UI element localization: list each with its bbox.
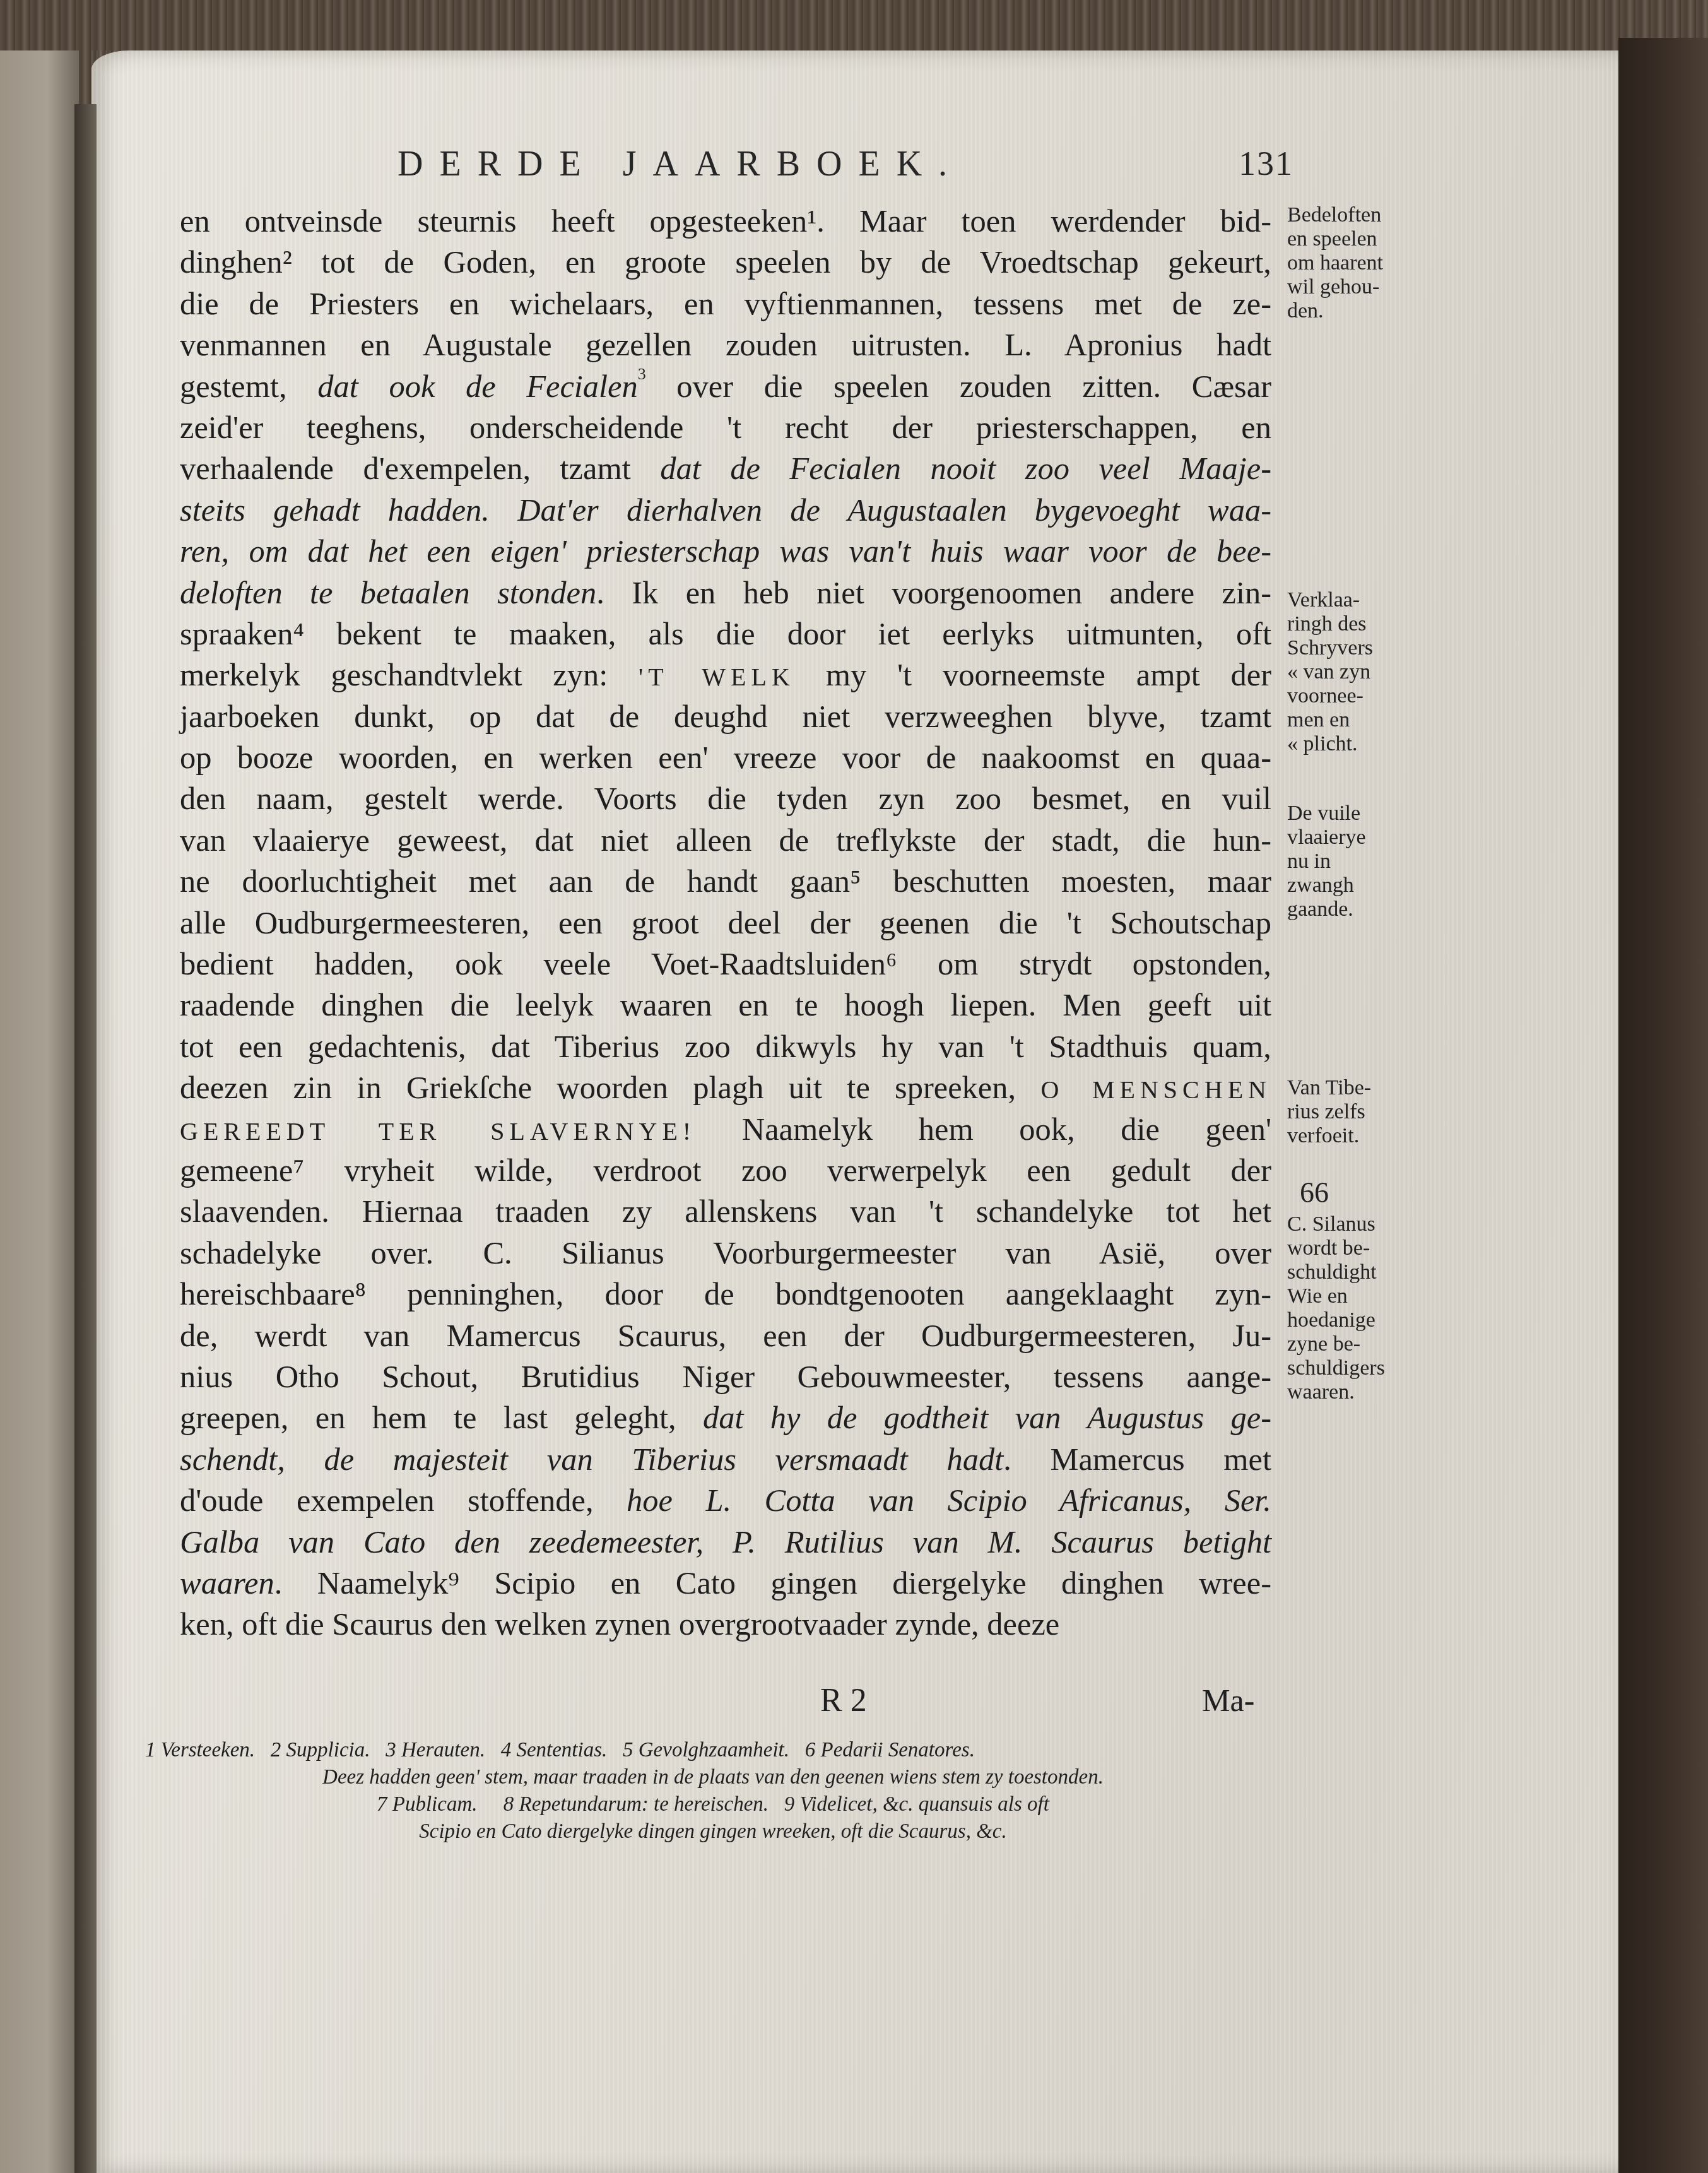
footnote-line: Deez hadden geen' stem, maar traaden in …	[145, 1764, 1281, 1791]
footnote-line: Scipio en Cato diergelyke dingen gingen …	[145, 1818, 1281, 1845]
marginal-line: en speelen	[1287, 227, 1439, 251]
text-line: verhaalende d'exempelen, tzamt dat de Fe…	[180, 448, 1271, 489]
marginal-line: schuldigers	[1287, 1356, 1439, 1380]
text: . Mamercus met	[1003, 1442, 1271, 1477]
marginal-line: zyne be-	[1287, 1332, 1439, 1356]
italic-text: dat hy de godtheit van Augustus ge-	[703, 1400, 1271, 1435]
text-line: en ontveinsde steurnis heeft opgesteeken…	[180, 201, 1271, 242]
text: ken, oft die Scaurus den welken zynen ov…	[180, 1606, 1059, 1642]
marginal-line: den.	[1287, 299, 1439, 323]
text-line: tot een gedachtenis, dat Tiberius zoo di…	[180, 1026, 1271, 1067]
marginal-line: om haarent	[1287, 251, 1439, 275]
text: deezen zin in Griekſche woorden plagh ui…	[180, 1070, 1040, 1105]
text: schadelyke over. C. Silianus Voorburgerm…	[180, 1235, 1271, 1270]
marginal-line: men en	[1287, 708, 1439, 732]
text: gemeene⁷ vryheit wilde, verdroot zoo ver…	[180, 1152, 1271, 1188]
marginal-note: Bedeloftenen speelenom haarentwil gehou-…	[1287, 203, 1439, 323]
text-line: slaavenden. Hiernaa traaden zy allensken…	[180, 1191, 1271, 1232]
text-line: schadelyke over. C. Silianus Voorburgerm…	[180, 1233, 1271, 1274]
text-line: nius Otho Schout, Brutidius Niger Gebouw…	[180, 1356, 1271, 1397]
page-number: 131	[1239, 144, 1293, 183]
running-head: DERDE JAARBOEK. 131	[398, 144, 1293, 188]
text-line: gemeene⁷ vryheit wilde, verdroot zoo ver…	[180, 1150, 1271, 1191]
text: hereischbaare⁸ penninghen, door de bondt…	[180, 1276, 1271, 1311]
text-line: den naam, gestelt werde. Voorts die tyde…	[180, 778, 1271, 819]
marginal-note: Van Tibe-rius zelfsverfoeit.	[1287, 1076, 1439, 1148]
text-line: van vlaaierye geweest, dat niet alleen d…	[180, 820, 1271, 861]
text: . Naamelyk⁹ Scipio en Cato gingen dierge…	[274, 1565, 1271, 1601]
text: alle Oudburgermeesteren, een groot deel …	[180, 905, 1271, 940]
text: de, werdt van Mamercus Scaurus, een der …	[180, 1318, 1271, 1353]
text-line: greepen, en hem te last geleght, dat hy …	[180, 1397, 1271, 1438]
marginal-line: gaande.	[1287, 897, 1439, 921]
italic-text: dat de Fecialen nooit zoo veel Maaje-	[660, 451, 1271, 486]
marginal-line: nu in	[1287, 850, 1439, 873]
text-line: hereischbaare⁸ penninghen, door de bondt…	[180, 1274, 1271, 1315]
marginal-note: Verklaa-ringh desSchryvers« van zynvoorn…	[1287, 588, 1439, 756]
marginal-line: C. Silanus	[1287, 1212, 1439, 1236]
text-line: bedient hadden, ook veele Voet-Raadtslui…	[180, 944, 1271, 985]
italic-text: hoe L. Cotta van Scipio Africanus, Ser.	[627, 1483, 1271, 1518]
italic-text: dat ook de Fecialen	[317, 369, 638, 404]
text-line: deloften te betaalen stonden. Ik en heb …	[180, 572, 1271, 613]
text-line: alle Oudburgermeesteren, een groot deel …	[180, 903, 1271, 944]
text-line: steits gehadt hadden. Dat'er dierhalven …	[180, 490, 1271, 531]
footnote-line: 7 Publicam. 8 Repetundarum: te hereische…	[145, 1791, 1281, 1818]
text: bedient hadden, ook veele Voet-Raadtslui…	[180, 946, 1271, 981]
text-line: jaarboeken dunkt, op dat de deughd niet …	[180, 696, 1271, 737]
text-line: Galba van Cato den zeedemeester, P. Ruti…	[180, 1522, 1271, 1563]
text-line: de, werdt van Mamercus Scaurus, een der …	[180, 1315, 1271, 1356]
text: en ontveinsde steurnis heeft opgesteeken…	[180, 203, 1271, 239]
marginal-line: Wie en	[1287, 1284, 1439, 1308]
italic-text: waaren	[180, 1565, 274, 1601]
italic-text: deloften te betaalen stonden	[180, 575, 596, 610]
text: nius Otho Schout, Brutidius Niger Gebouw…	[180, 1359, 1271, 1394]
text: gestemt,	[180, 369, 317, 404]
text-line: gestemt, dat ook de Fecialen3 over die s…	[180, 366, 1271, 407]
text-line: zeid'er teeghens, onderscheidende 't rec…	[180, 407, 1271, 448]
small-caps-text: GEREEDT TER SLAVERNYE!	[180, 1117, 696, 1146]
text: zeid'er teeghens, onderscheidende 't rec…	[180, 410, 1271, 445]
text: greepen, en hem te last geleght,	[180, 1400, 703, 1435]
footnote-line: 1 Versteeken. 2 Supplicia. 3 Herauten. 4…	[145, 1737, 1281, 1764]
text-line: ne doorluchtigheit met aan de handt gaan…	[180, 861, 1271, 902]
marginal-line: wil gehou-	[1287, 275, 1439, 299]
book-cover-edge	[1618, 38, 1708, 2173]
text-line: d'oude exempelen stoffende, hoe L. Cotta…	[180, 1480, 1271, 1521]
italic-text: Galba van Cato den zeedemeester, P. Ruti…	[180, 1524, 1271, 1560]
marginal-line: schuldight	[1287, 1260, 1439, 1284]
text: verhaalende d'exempelen, tzamt	[180, 451, 660, 486]
marginal-line: vlaaierye	[1287, 826, 1439, 850]
text: die de Priesters en wichelaars, en vyfti…	[180, 286, 1271, 321]
text-line: merkelyk geschandtvlekt zyn: 'T WELK my …	[180, 654, 1271, 696]
facing-page-edge	[0, 50, 79, 2173]
italic-text: steits gehadt hadden. Dat'er dierhalven …	[180, 492, 1271, 528]
text-line: waaren. Naamelyk⁹ Scipio en Cato gingen …	[180, 1563, 1271, 1604]
text: op booze woorden, en werken een' vreeze …	[180, 740, 1271, 775]
marginal-line: waaren.	[1287, 1380, 1439, 1404]
marginal-line: zwangh	[1287, 873, 1439, 897]
text: . Ik en heb niet voorgenoomen andere zin…	[596, 575, 1271, 610]
main-text-block: en ontveinsde steurnis heeft opgesteeken…	[180, 201, 1271, 1645]
text-line: die de Priesters en wichelaars, en vyfti…	[180, 283, 1271, 324]
running-head-title: DERDE JAARBOEK.	[398, 145, 963, 184]
text: tot een gedachtenis, dat Tiberius zoo di…	[180, 1029, 1271, 1064]
marginal-line: ringh des	[1287, 612, 1439, 636]
text-line: venmannen en Augustale gezellen zouden u…	[180, 324, 1271, 365]
text: Naamelyk hem ook, die geen'	[696, 1111, 1271, 1147]
marginal-line: verfoeit.	[1287, 1124, 1439, 1148]
marginal-line: « plicht.	[1287, 732, 1439, 756]
text: venmannen en Augustale gezellen zouden u…	[180, 327, 1271, 362]
section-number: 66	[1287, 1177, 1439, 1209]
signature-mark: R 2	[820, 1682, 867, 1719]
small-caps-text: O MENSCHEN	[1040, 1075, 1271, 1104]
text: merkelyk geschandtvlekt zyn:	[180, 657, 639, 692]
catchword: Ma-	[1202, 1682, 1254, 1719]
text-line: deezen zin in Griekſche woorden plagh ui…	[180, 1067, 1271, 1108]
text-line: ken, oft die Scaurus den welken zynen ov…	[180, 1604, 1271, 1645]
text-line: op booze woorden, en werken een' vreeze …	[180, 737, 1271, 778]
marginal-line: wordt be-	[1287, 1236, 1439, 1260]
text-line: GEREEDT TER SLAVERNYE! Naamelyk hem ook,…	[180, 1109, 1271, 1150]
marginal-line: Verklaa-	[1287, 588, 1439, 612]
text: van vlaaierye geweest, dat niet alleen d…	[180, 822, 1271, 858]
small-caps-text: 'T WELK	[639, 663, 795, 691]
marginal-note: 66C. Silanuswordt be-schuldightWie enhoe…	[1287, 1177, 1439, 1404]
text-line: schendt, de majesteit van Tiberius versm…	[180, 1439, 1271, 1480]
text: over die speelen zouden zitten. Cæsar	[646, 369, 1271, 404]
italic-text: ren, om dat het een eigen' priesterschap…	[180, 533, 1271, 569]
italic-text: schendt, de majesteit van Tiberius versm…	[180, 1442, 1003, 1477]
marginal-line: Schryvers	[1287, 636, 1439, 660]
text: raadende dinghen die leelyk waaren en te…	[180, 987, 1271, 1022]
text: jaarboeken dunkt, op dat de deughd niet …	[180, 699, 1271, 734]
text: den naam, gestelt werde. Voorts die tyde…	[180, 781, 1271, 816]
text: dinghen² tot de Goden, en groote speelen…	[180, 244, 1271, 280]
text-line: dinghen² tot de Goden, en groote speelen…	[180, 242, 1271, 283]
text: slaavenden. Hiernaa traaden zy allensken…	[180, 1193, 1271, 1229]
marginal-line: « van zyn	[1287, 660, 1439, 684]
text-line: ren, om dat het een eigen' priesterschap…	[180, 531, 1271, 572]
marginal-line: De vuile	[1287, 802, 1439, 826]
marginal-line: hoedanige	[1287, 1308, 1439, 1332]
marginal-line: rius zelfs	[1287, 1100, 1439, 1124]
marginal-note: De vuilevlaaieryenu inzwanghgaande.	[1287, 802, 1439, 921]
text: spraaken⁴ bekent te maaken, als die door…	[180, 616, 1271, 651]
text: my 't voorneemste ampt der	[795, 657, 1271, 692]
book-gutter	[74, 104, 97, 2173]
text-line: raadende dinghen die leelyk waaren en te…	[180, 985, 1271, 1026]
text-line: spraaken⁴ bekent te maaken, als die door…	[180, 613, 1271, 654]
text: ne doorluchtigheit met aan de handt gaan…	[180, 863, 1271, 899]
marginal-line: Bedeloften	[1287, 203, 1439, 227]
footnotes: 1 Versteeken. 2 Supplicia. 3 Herauten. 4…	[145, 1737, 1281, 1845]
marginal-line: voornee-	[1287, 684, 1439, 708]
footnote-ref: 3	[638, 365, 646, 383]
marginal-line: Van Tibe-	[1287, 1076, 1439, 1100]
text: d'oude exempelen stoffende,	[180, 1483, 627, 1518]
